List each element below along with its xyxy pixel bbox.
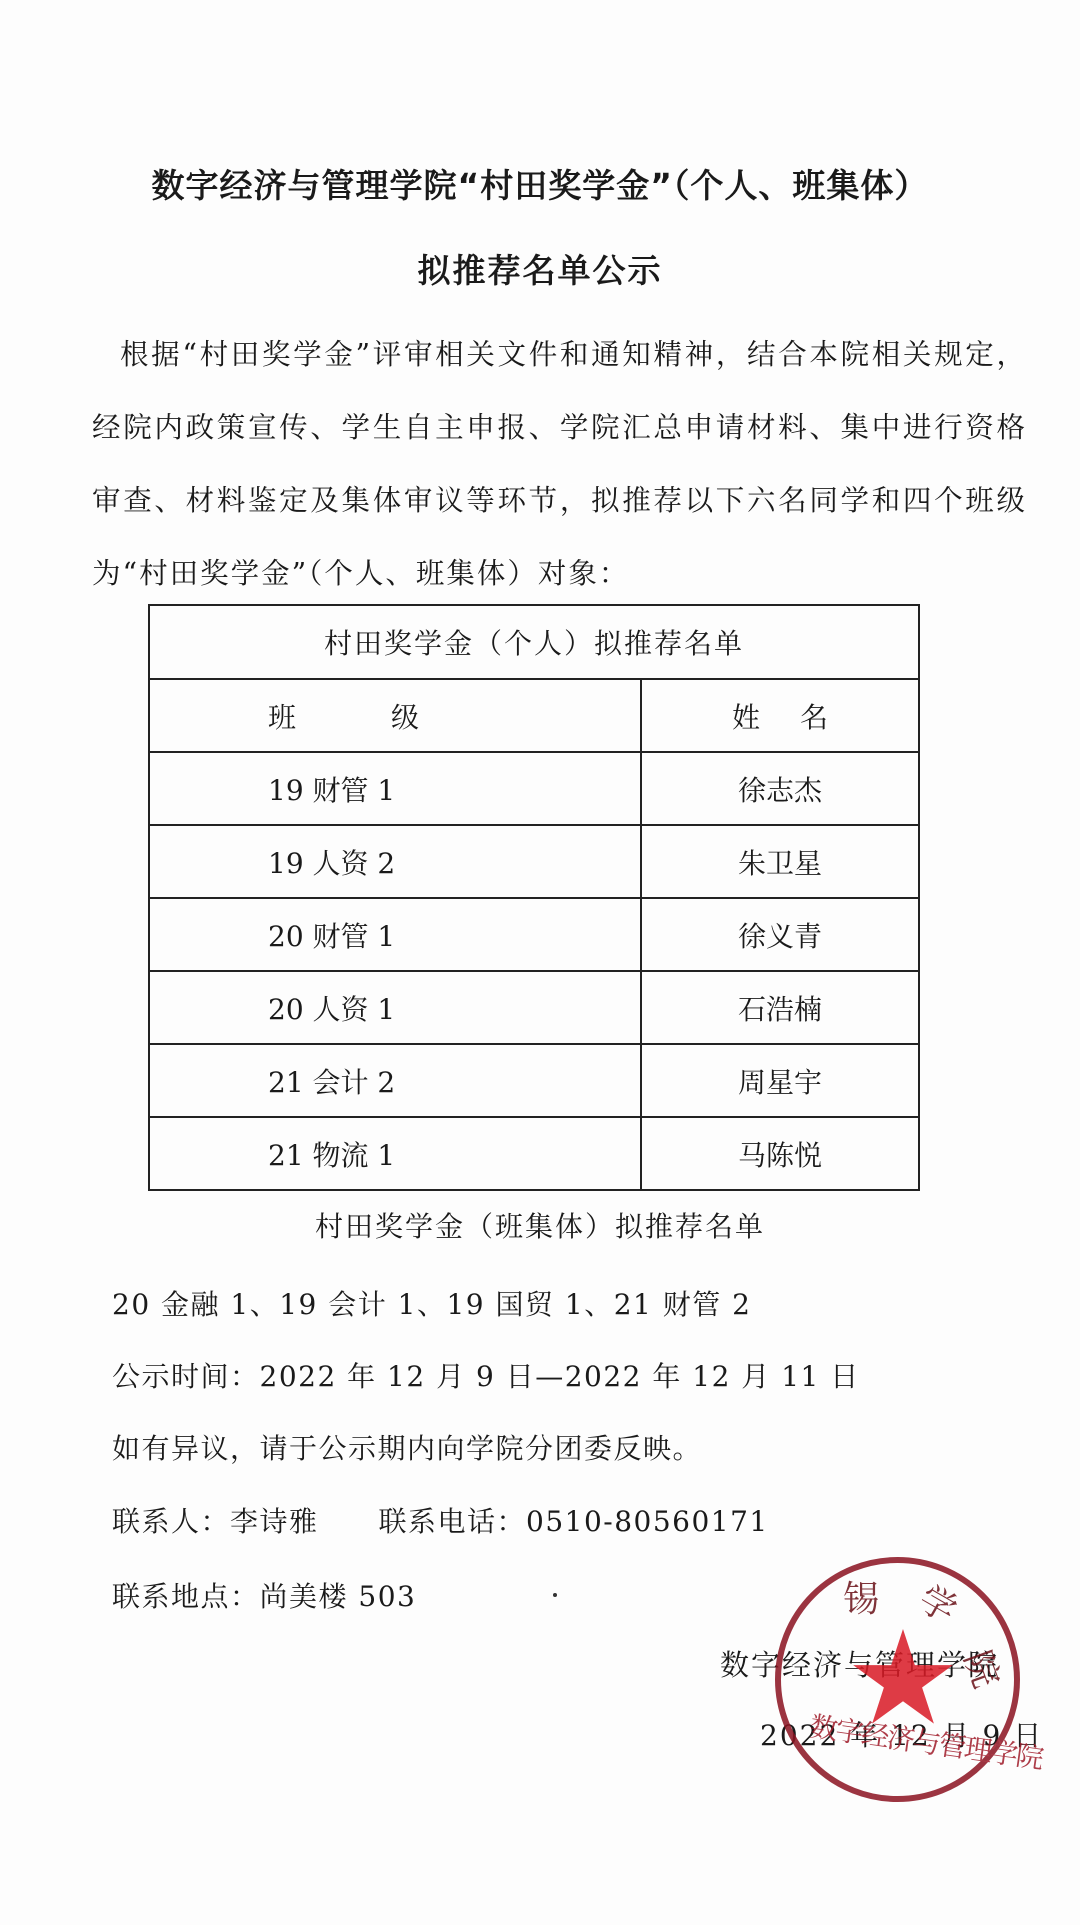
name-cell: 徐义青	[641, 898, 919, 971]
contact-person: 联系人：李诗雅	[112, 1505, 319, 1538]
intro-paragraph: 根据“村田奖学金”评审相关文件和通知精神，结合本院相关规定，经院内政策宣传、学生…	[92, 318, 1027, 610]
class-cell: 19 人资 2	[149, 825, 641, 898]
class-nominee-title: 村田奖学金（班集体）拟推荐名单	[0, 1205, 1080, 1245]
table-row: 21 物流 1 马陈悦	[149, 1117, 919, 1190]
class-cell: 20 人资 1	[149, 971, 641, 1044]
seal-char: 学	[911, 1571, 968, 1633]
name-cell: 马陈悦	[641, 1117, 919, 1190]
table-caption: 村田奖学金（个人）拟推荐名单	[149, 605, 919, 679]
name-cell: 周星宇	[641, 1044, 919, 1117]
table-row: 21 会计 2 周星宇	[149, 1044, 919, 1117]
signature-department: 数字经济与管理学院	[720, 1643, 999, 1684]
contact-location: 联系地点：尚美楼 503	[112, 1575, 416, 1615]
class-cell: 19 财管 1	[149, 752, 641, 825]
table-row: 19 财管 1 徐志杰	[149, 752, 919, 825]
document-subtitle: 拟推荐名单公示	[0, 245, 1080, 292]
class-nominee-list: 20 金融 1、19 会计 1、19 国贸 1、21 财管 2	[112, 1283, 751, 1323]
objection-note: 如有异议，请于公示期内向学院分团委反映。	[112, 1427, 702, 1467]
header-name: 姓名	[641, 679, 919, 752]
class-cell: 21 物流 1	[149, 1117, 641, 1190]
stray-dot	[553, 1593, 557, 1597]
contact-line: 联系人：李诗雅联系电话：0510-80560171	[112, 1500, 769, 1540]
header-class: 班级	[149, 679, 641, 752]
individual-nominee-table: 村田奖学金（个人）拟推荐名单 班级 姓名 19 财管 1 徐志杰 19 人资 2…	[148, 604, 920, 1191]
table-row: 20 财管 1 徐义青	[149, 898, 919, 971]
table-row: 20 人资 1 石浩楠	[149, 971, 919, 1044]
seal-char: 锡	[843, 1571, 879, 1622]
table-row: 19 人资 2 朱卫星	[149, 825, 919, 898]
publicity-period: 公示时间：2022 年 12 月 9 日—2022 年 12 月 11 日	[112, 1355, 860, 1395]
document-title: 数字经济与管理学院“村田奖学金”（个人、班集体）	[0, 160, 1080, 207]
signature-date: 2022 年 12 月 9 日	[760, 1714, 1043, 1754]
name-cell: 朱卫星	[641, 825, 919, 898]
name-cell: 徐志杰	[641, 752, 919, 825]
class-cell: 20 财管 1	[149, 898, 641, 971]
class-cell: 21 会计 2	[149, 1044, 641, 1117]
contact-phone: 联系电话：0510-80560171	[379, 1505, 769, 1538]
name-cell: 石浩楠	[641, 971, 919, 1044]
